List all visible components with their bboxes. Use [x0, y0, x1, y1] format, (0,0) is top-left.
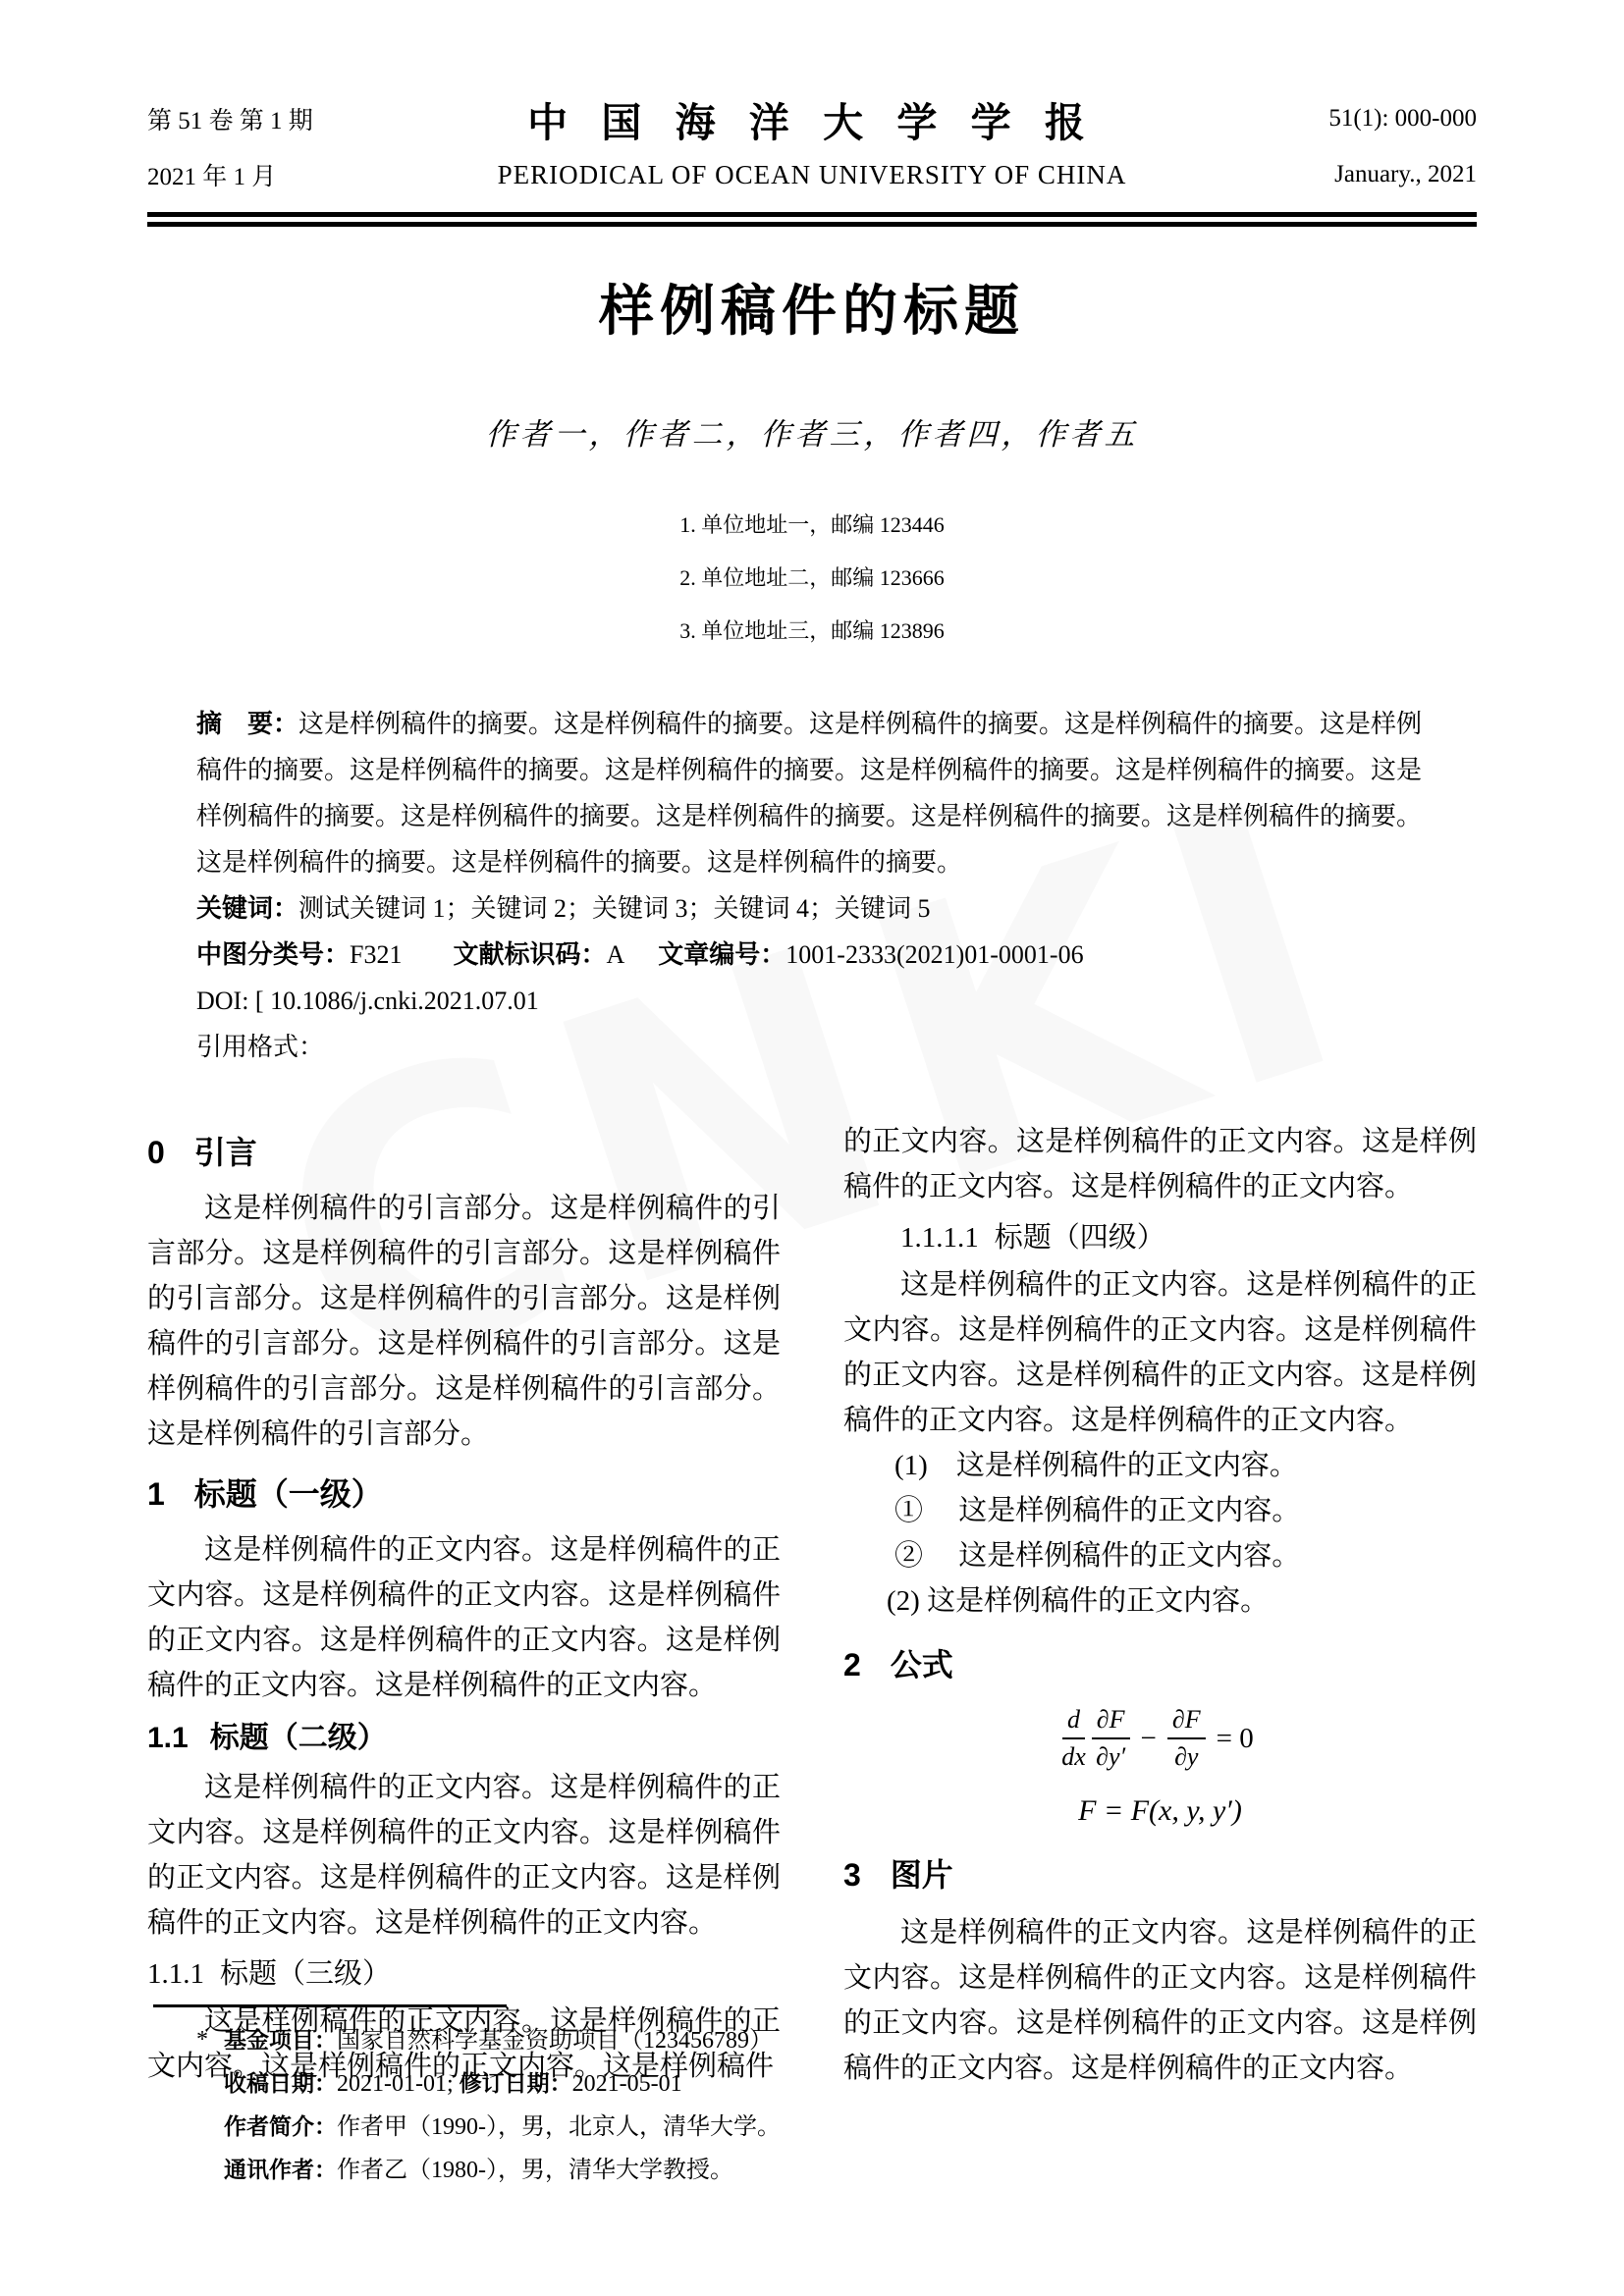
- section-title: 标题（四级）: [995, 1222, 1165, 1254]
- section-number: 1.1: [147, 1722, 189, 1754]
- section-heading-level1: 1标题（一级）: [147, 1472, 781, 1516]
- authors-line: 作者一，作者二，作者三，作者四，作者五: [147, 409, 1477, 454]
- volume-issue: 第 51 卷 第 1 期: [147, 84, 442, 153]
- clc-value: F321: [350, 940, 402, 969]
- section-number: 1.1.1.1: [900, 1222, 979, 1254]
- header-double-rule: [147, 212, 1477, 227]
- section-number: 3: [843, 1857, 861, 1893]
- section-number: 0: [147, 1135, 165, 1170]
- right-column: 的正文内容。这是样例稿件的正文内容。这是样例稿件的正文内容。这是样例稿件的正文内…: [843, 1119, 1477, 2101]
- doi-line: DOI: [ 10.1086/j.cnki.2021.07.01: [196, 978, 1432, 1024]
- list-item-circled-2: ② 这是样例稿件的正文内容。: [843, 1533, 1477, 1578]
- journal-name-chinese: 中 国 海 洋 大 学 学 报: [442, 84, 1182, 153]
- journal-name-english: PERIODICAL OF OCEAN UNIVERSITY OF CHINA: [442, 153, 1182, 196]
- abstract-and-meta: 摘 要：这是样例稿件的摘要。这是样例稿件的摘要。这是样例稿件的摘要。这是样例稿件…: [196, 701, 1432, 1070]
- section-heading-figure: 3图片: [843, 1853, 1477, 1896]
- body-paragraph-1: 这是样例稿件的正文内容。这是样例稿件的正文内容。这是样例稿件的正文内容。这是样例…: [147, 1527, 781, 1708]
- section-title: 标题（三级）: [220, 1958, 391, 1990]
- section-number: 2: [843, 1647, 861, 1682]
- affiliations: 1. 单位地址一，邮编 123446 2. 单位地址二，邮编 123666 3.…: [147, 499, 1477, 658]
- citation-format-line: 引用格式：: [196, 1024, 1432, 1070]
- fraction-dF-dy: ∂F∂y: [1167, 1704, 1206, 1773]
- corr-label: 通讯作者：: [224, 2157, 337, 2182]
- section-heading-level3: 1.1.1标题（三级）: [147, 1951, 781, 1997]
- body-paragraph-1-1-1-continued: 的正文内容。这是样例稿件的正文内容。这是样例稿件的正文内容。这是样例稿件的正文内…: [843, 1119, 1477, 1209]
- abstract-label: 摘 要：: [196, 709, 298, 738]
- left-column: 0引言 这是样例稿件的引言部分。这是样例稿件的引言部分。这是样例稿件的引言部分。…: [147, 1119, 781, 2101]
- minus-operator: −: [1141, 1716, 1157, 1761]
- keywords-label: 关键词：: [196, 893, 298, 923]
- footnote-corresponding-line: 通讯作者：作者乙（1980-），男，清华大学教授。: [147, 2149, 893, 2192]
- abstract-text: 这是样例稿件的摘要。这是样例稿件的摘要。这是样例稿件的摘要。这是样例稿件的摘要。…: [196, 710, 1422, 877]
- body-paragraph-3: 这是样例稿件的正文内容。这是样例稿件的正文内容。这是样例稿件的正文内容。这是样例…: [843, 1910, 1477, 2091]
- section-title: 公式: [891, 1647, 953, 1682]
- body-paragraph-1-1: 这是样例稿件的正文内容。这是样例稿件的正文内容。这是样例稿件的正文内容。这是样例…: [147, 1765, 781, 1946]
- section-title: 图片: [891, 1857, 953, 1893]
- footnote-dates-line: 收稿日期：2021-01-01; 修订日期：2021-05-01: [147, 2062, 893, 2106]
- fund-text: 国家自然科学基金资助项目（123456789）: [337, 2028, 773, 2054]
- footnote-separator-rule: [153, 2004, 507, 2007]
- keywords-line: 关键词：测试关键词 1；关键词 2；关键词 3；关键词 4；关键词 5: [196, 885, 1432, 932]
- section-heading-formula: 2公式: [843, 1643, 1477, 1686]
- body-paragraph-1-1-1-1: 这是样例稿件的正文内容。这是样例稿件的正文内容。这是样例稿件的正文内容。这是样例…: [843, 1262, 1477, 1443]
- section-title: 引言: [194, 1135, 257, 1170]
- doc-code-value: A: [607, 940, 625, 969]
- fraction-dF-dyprime: ∂F∂y′: [1092, 1704, 1130, 1773]
- bio-text: 作者甲（1990-），男，北京人，清华大学。: [337, 2114, 781, 2140]
- journal-page: CNKI 第 51 卷 第 1 期 2021 年 1 月 中 国 海 洋 大 学…: [0, 0, 1624, 2296]
- article-no-label: 文章编号：: [658, 939, 785, 969]
- footnote-bio-line: 作者简介：作者甲（1990-），男，北京人，清华大学。: [147, 2106, 893, 2149]
- classification-line: 中图分类号：F321文献标识码：A文章编号：1001-2333(2021)01-…: [196, 932, 1432, 978]
- doc-code-label: 文献标识码：: [453, 939, 606, 969]
- corr-text: 作者乙（1980-），男，清华大学教授。: [337, 2158, 733, 2183]
- date-chinese: 2021 年 1 月: [147, 153, 442, 196]
- footnote-block: *基金项目：国家自然科学基金资助项目（123456789） 收稿日期：2021-…: [147, 2004, 893, 2192]
- section-title: 标题（一级）: [194, 1476, 383, 1512]
- revised-label: 修订日期：: [460, 2070, 572, 2096]
- fund-label: 基金项目：: [224, 2027, 337, 2053]
- fraction-d-dx: ddx: [1061, 1704, 1086, 1773]
- article-no-value: 1001-2333(2021)01-0001-06: [785, 940, 1083, 969]
- section-heading-level2: 1.1标题（二级）: [147, 1718, 781, 1759]
- footnote-asterisk: *: [196, 2019, 208, 2061]
- revised-text: 2021-05-01: [572, 2071, 682, 2097]
- affiliation-3: 3. 单位地址三，邮编 123896: [147, 605, 1477, 658]
- page-header: 第 51 卷 第 1 期 2021 年 1 月 中 国 海 洋 大 学 学 报 …: [147, 84, 1477, 227]
- two-column-body: 0引言 这是样例稿件的引言部分。这是样例稿件的引言部分。这是样例稿件的引言部分。…: [147, 1119, 1477, 2101]
- bio-label: 作者简介：: [224, 2113, 337, 2139]
- section-title: 标题（二级）: [210, 1722, 387, 1754]
- footnote-fund-line: *基金项目：国家自然科学基金资助项目（123456789）: [147, 2019, 893, 2062]
- page-range: 51(1): 000-000: [1182, 84, 1477, 153]
- clc-label: 中图分类号：: [196, 939, 350, 969]
- date-english: January., 2021: [1182, 153, 1477, 196]
- article-title: 样例稿件的标题: [147, 268, 1477, 347]
- section-heading-level4: 1.1.1.1标题（四级）: [843, 1215, 1477, 1260]
- abstract-paragraph: 摘 要：这是样例稿件的摘要。这是样例稿件的摘要。这是样例稿件的摘要。这是样例稿件…: [196, 701, 1432, 885]
- section-number: 1.1.1: [147, 1958, 204, 1990]
- column-gap: [781, 1119, 843, 2101]
- list-item-2: (2) 这是样例稿件的正文内容。: [843, 1578, 1477, 1624]
- received-text: 2021-01-01;: [337, 2071, 460, 2097]
- equals-zero: = 0: [1217, 1716, 1254, 1761]
- affiliation-1: 1. 单位地址一，邮编 123446: [147, 499, 1477, 552]
- function-definition-formula: F = F(x, y, y′): [843, 1789, 1477, 1834]
- received-label: 收稿日期：: [224, 2070, 337, 2096]
- section-heading-intro: 0引言: [147, 1131, 781, 1174]
- list-item-circled-1: ① 这是样例稿件的正文内容。: [843, 1488, 1477, 1533]
- euler-lagrange-formula: ddx ∂F∂y′ − ∂F∂y = 0: [843, 1704, 1477, 1773]
- intro-paragraph: 这是样例稿件的引言部分。这是样例稿件的引言部分。这是样例稿件的引言部分。这是样例…: [147, 1186, 781, 1457]
- keywords-text: 测试关键词 1；关键词 2；关键词 3；关键词 4；关键词 5: [298, 894, 931, 923]
- section-number: 1: [147, 1476, 165, 1512]
- list-item-1: (1) 这是样例稿件的正文内容。: [843, 1443, 1477, 1488]
- affiliation-2: 2. 单位地址二，邮编 123666: [147, 552, 1477, 605]
